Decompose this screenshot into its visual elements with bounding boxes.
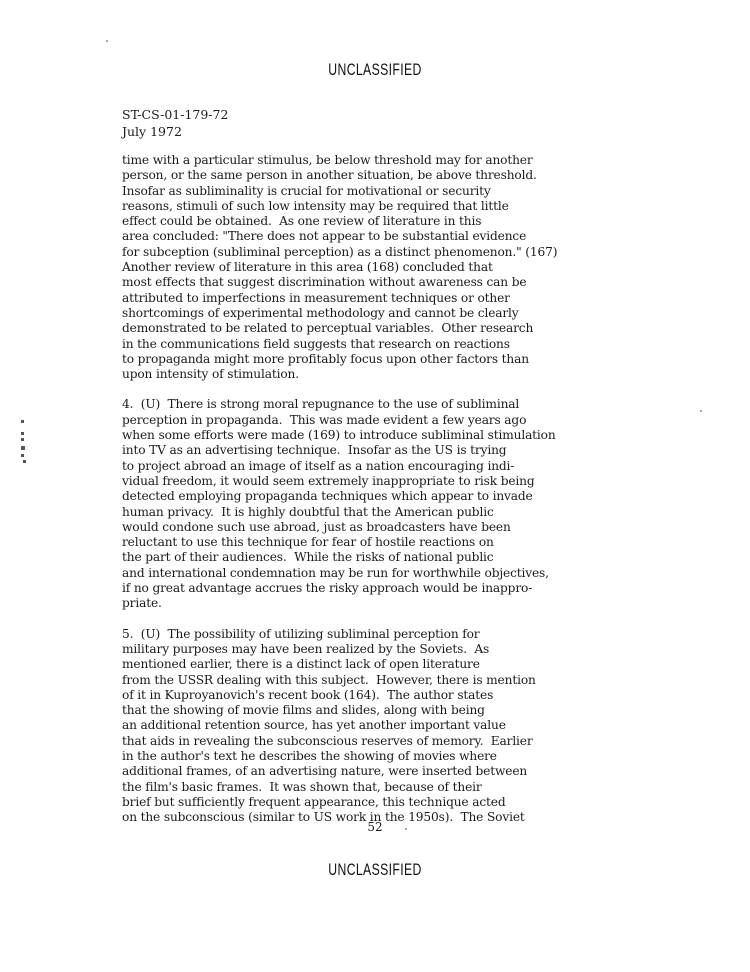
text-line: that the showing of movie films and slid… (122, 703, 662, 718)
text-line: reluctant to use this technique for fear… (122, 535, 662, 550)
scan-margin-mark (20, 420, 26, 470)
text-line: would condone such use abroad, just as b… (122, 520, 662, 535)
text-line: the film's basic frames. It was shown th… (122, 780, 662, 795)
document-date: July 1972 (122, 123, 228, 140)
text-line: shortcomings of experimental methodology… (122, 306, 662, 321)
scan-speck (106, 40, 108, 42)
text-line: that aids in revealing the subconscious … (122, 734, 662, 749)
text-line: for subception (subliminal perception) a… (122, 245, 662, 260)
text-line: person, or the same person in another si… (122, 168, 662, 183)
document-header: ST-CS-01-179-72 July 1972 (122, 106, 228, 140)
text-line: to propaganda might more profitably focu… (122, 352, 662, 367)
text-line: military purposes may have been realized… (122, 642, 662, 657)
text-line: detected employing propaganda techniques… (122, 489, 662, 504)
body-text: time with a particular stimulus, be belo… (122, 153, 662, 825)
scan-speck (700, 410, 702, 412)
paragraph: 5. (U) The possibility of utilizing subl… (122, 627, 662, 826)
text-line: from the USSR dealing with this subject.… (122, 673, 662, 688)
text-line: in the communications field suggests tha… (122, 337, 662, 352)
text-line: human privacy. It is highly doubtful tha… (122, 505, 662, 520)
classification-marking-bottom: UNCLASSIFIED (105, 860, 645, 880)
text-line: 4. (U) There is strong moral repugnance … (122, 397, 662, 412)
text-line: into TV as an advertising technique. Ins… (122, 443, 662, 458)
text-line: and international condemnation may be ru… (122, 566, 662, 581)
paragraph-gap (122, 612, 662, 627)
text-line: if no great advantage accrues the risky … (122, 581, 662, 596)
text-line: when some efforts were made (169) to int… (122, 428, 662, 443)
text-line: additional frames, of an advertising nat… (122, 764, 662, 779)
scan-speck (405, 828, 407, 830)
text-line: area concluded: "There does not appear t… (122, 229, 662, 244)
paragraph: time with a particular stimulus, be belo… (122, 153, 662, 382)
text-line: reasons, stimuli of such low intensity m… (122, 199, 662, 214)
text-line: the part of their audiences. While the r… (122, 550, 662, 565)
text-line: brief but sufficiently frequent appearan… (122, 795, 662, 810)
text-line: Insofar as subliminality is crucial for … (122, 184, 662, 199)
text-line: demonstrated to be related to perceptual… (122, 321, 662, 336)
text-line: Another review of literature in this are… (122, 260, 662, 275)
page-number: 52 (0, 820, 750, 834)
text-line: most effects that suggest discrimination… (122, 275, 662, 290)
classification-marking-top: UNCLASSIFIED (105, 60, 645, 80)
text-line: priate. (122, 596, 662, 611)
text-line: mentioned earlier, there is a distinct l… (122, 657, 662, 672)
text-line: to project abroad an image of itself as … (122, 459, 662, 474)
text-line: 5. (U) The possibility of utilizing subl… (122, 627, 662, 642)
document-page: UNCLASSIFIED ST-CS-01-179-72 July 1972 t… (0, 0, 750, 972)
text-line: effect could be obtained. As one review … (122, 214, 662, 229)
text-line: an additional retention source, has yet … (122, 718, 662, 733)
text-line: perception in propaganda. This was made … (122, 413, 662, 428)
text-line: upon intensity of stimulation. (122, 367, 662, 382)
document-number: ST-CS-01-179-72 (122, 106, 228, 123)
paragraph: 4. (U) There is strong moral repugnance … (122, 397, 662, 611)
text-line: in the author's text he describes the sh… (122, 749, 662, 764)
text-line: time with a particular stimulus, be belo… (122, 153, 662, 168)
text-line: vidual freedom, it would seem extremely … (122, 474, 662, 489)
text-line: attributed to imperfections in measureme… (122, 291, 662, 306)
text-line: of it in Kuproyanovich's recent book (16… (122, 688, 662, 703)
paragraph-gap (122, 382, 662, 397)
